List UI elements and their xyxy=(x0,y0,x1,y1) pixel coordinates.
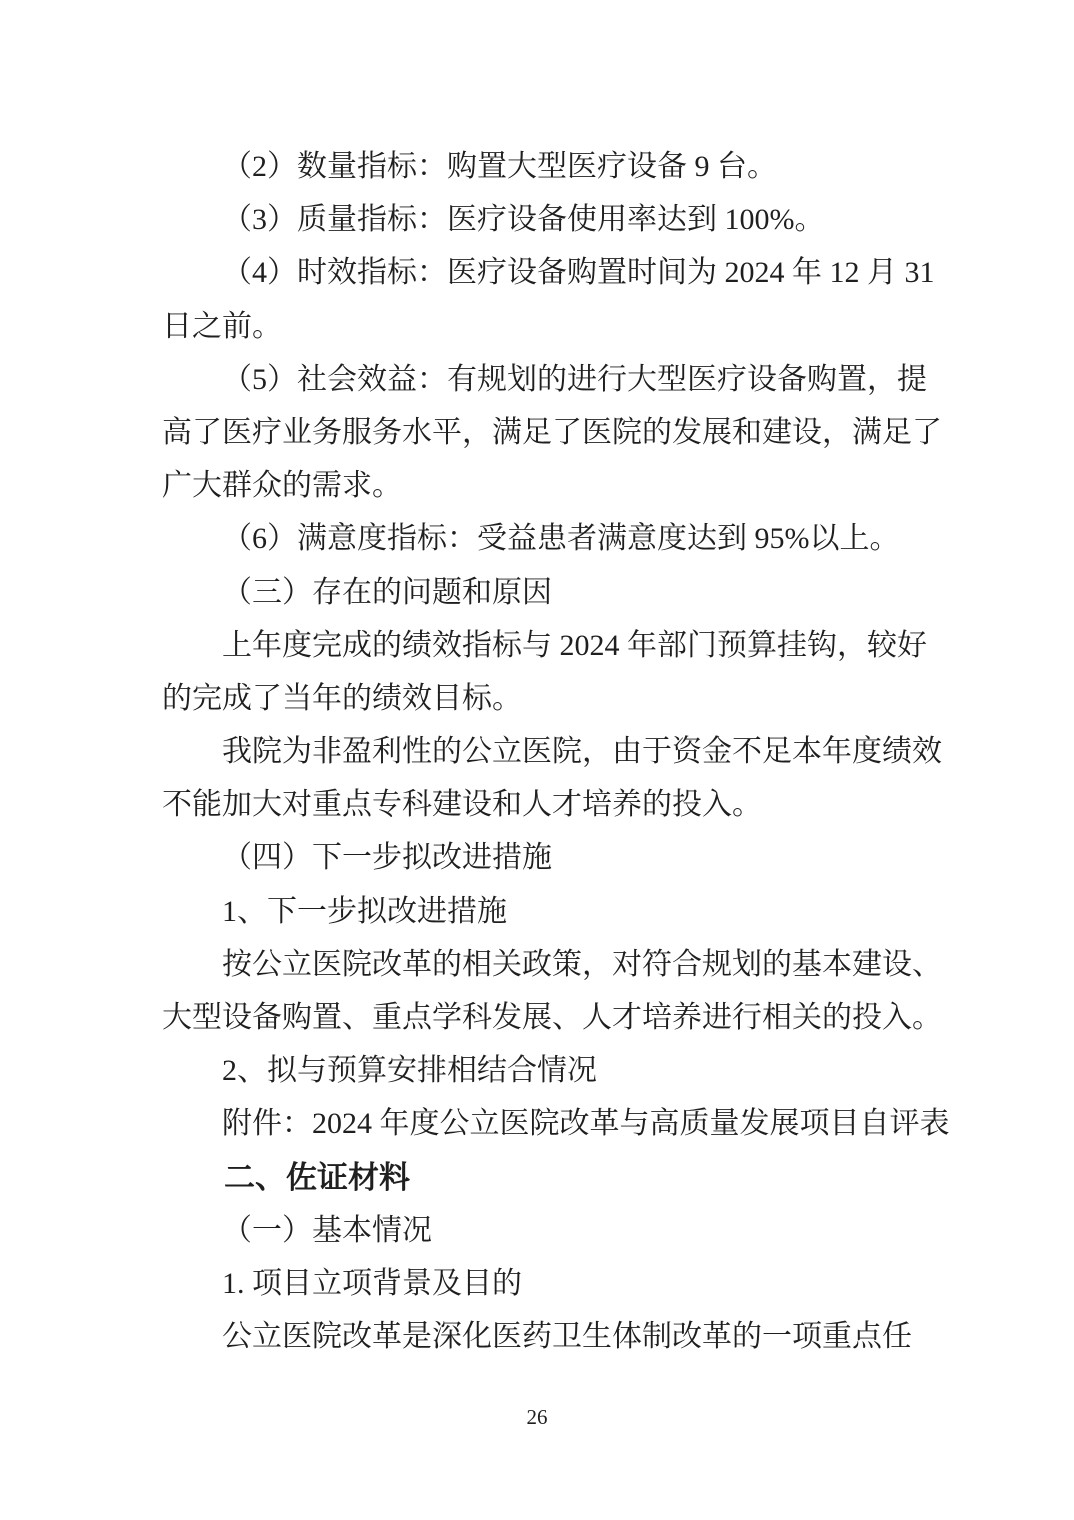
page-footer: 26 xyxy=(0,1402,1074,1432)
heading-text: 二、佐证材料 xyxy=(162,1151,910,1204)
document-content: （2）数量指标：购置大型医疗设备 9 台。 （3）质量指标：医疗设备使用率达到 … xyxy=(162,140,910,1363)
para-project-background-text: 公立医院改革是深化医药卫生体制改革的一项重点任 xyxy=(162,1310,910,1363)
text-line: 1、下一步拟改进措施 xyxy=(162,885,910,938)
para-budget-alignment-item: 2、拟与预算安排相结合情况 xyxy=(162,1044,910,1097)
heading-supporting-materials: 二、佐证材料 xyxy=(162,1151,910,1204)
para-project-background-heading: 1. 项目立项背景及目的 xyxy=(162,1257,910,1310)
page-number: 26 xyxy=(527,1405,548,1429)
document-page: （2）数量指标：购置大型医疗设备 9 台。 （3）质量指标：医疗设备使用率达到 … xyxy=(0,0,1074,1520)
text-line: 不能加大对重点专科建设和人才培养的投入。 xyxy=(162,778,910,831)
text-line: 公立医院改革是深化医药卫生体制改革的一项重点任 xyxy=(162,1310,910,1363)
para-quality-indicator: （3）质量指标：医疗设备使用率达到 100%。 xyxy=(162,193,910,246)
text-line: 日之前。 xyxy=(162,300,910,353)
para-policy-investment: 按公立医院改革的相关政策，对符合规划的基本建设、 大型设备购置、重点学科发展、人… xyxy=(162,938,910,1044)
para-attachment-note: 附件：2024 年度公立医院改革与高质量发展项目自评表 xyxy=(162,1097,910,1150)
text-line: 广大群众的需求。 xyxy=(162,459,910,512)
para-improvement-measures-item: 1、下一步拟改进措施 xyxy=(162,885,910,938)
heading-improvement-measures: （四）下一步拟改进措施 xyxy=(162,831,910,884)
text-line: 我院为非盈利性的公立医院，由于资金不足本年度绩效 xyxy=(162,725,910,778)
text-line: 1. 项目立项背景及目的 xyxy=(162,1257,910,1310)
heading-text: （一）基本情况 xyxy=(162,1204,910,1257)
text-line: 大型设备购置、重点学科发展、人才培养进行相关的投入。 xyxy=(162,991,910,1044)
text-line: 2、拟与预算安排相结合情况 xyxy=(162,1044,910,1097)
para-timeliness-indicator: （4）时效指标：医疗设备购置时间为 2024 年 12 月 31 日之前。 xyxy=(162,246,910,352)
text-line: 上年度完成的绩效指标与 2024 年部门预算挂钩，较好 xyxy=(162,619,910,672)
heading-text: （三）存在的问题和原因 xyxy=(162,566,910,619)
heading-text: （四）下一步拟改进措施 xyxy=(162,831,910,884)
text-line: （6）满意度指标：受益患者满意度达到 95%以上。 xyxy=(162,512,910,565)
para-satisfaction-indicator: （6）满意度指标：受益患者满意度达到 95%以上。 xyxy=(162,512,910,565)
text-line: 按公立医院改革的相关政策，对符合规划的基本建设、 xyxy=(162,938,910,991)
text-line: 高了医疗业务服务水平，满足了医院的发展和建设，满足了 xyxy=(162,406,910,459)
para-quantity-indicator: （2）数量指标：购置大型医疗设备 9 台。 xyxy=(162,140,910,193)
text-line: （3）质量指标：医疗设备使用率达到 100%。 xyxy=(162,193,910,246)
text-line: （5）社会效益：有规划的进行大型医疗设备购置，提 xyxy=(162,353,910,406)
para-last-year-results: 上年度完成的绩效指标与 2024 年部门预算挂钩，较好 的完成了当年的绩效目标。 xyxy=(162,619,910,725)
text-line: 附件：2024 年度公立医院改革与高质量发展项目自评表 xyxy=(162,1097,910,1150)
para-social-benefit: （5）社会效益：有规划的进行大型医疗设备购置，提 高了医疗业务服务水平，满足了医… xyxy=(162,353,910,513)
text-line: 的完成了当年的绩效目标。 xyxy=(162,672,910,725)
text-line: （2）数量指标：购置大型医疗设备 9 台。 xyxy=(162,140,910,193)
para-funding-shortage: 我院为非盈利性的公立医院，由于资金不足本年度绩效 不能加大对重点专科建设和人才培… xyxy=(162,725,910,831)
heading-problems-and-causes: （三）存在的问题和原因 xyxy=(162,566,910,619)
text-line: （4）时效指标：医疗设备购置时间为 2024 年 12 月 31 xyxy=(162,246,910,299)
heading-basic-situation: （一）基本情况 xyxy=(162,1204,910,1257)
